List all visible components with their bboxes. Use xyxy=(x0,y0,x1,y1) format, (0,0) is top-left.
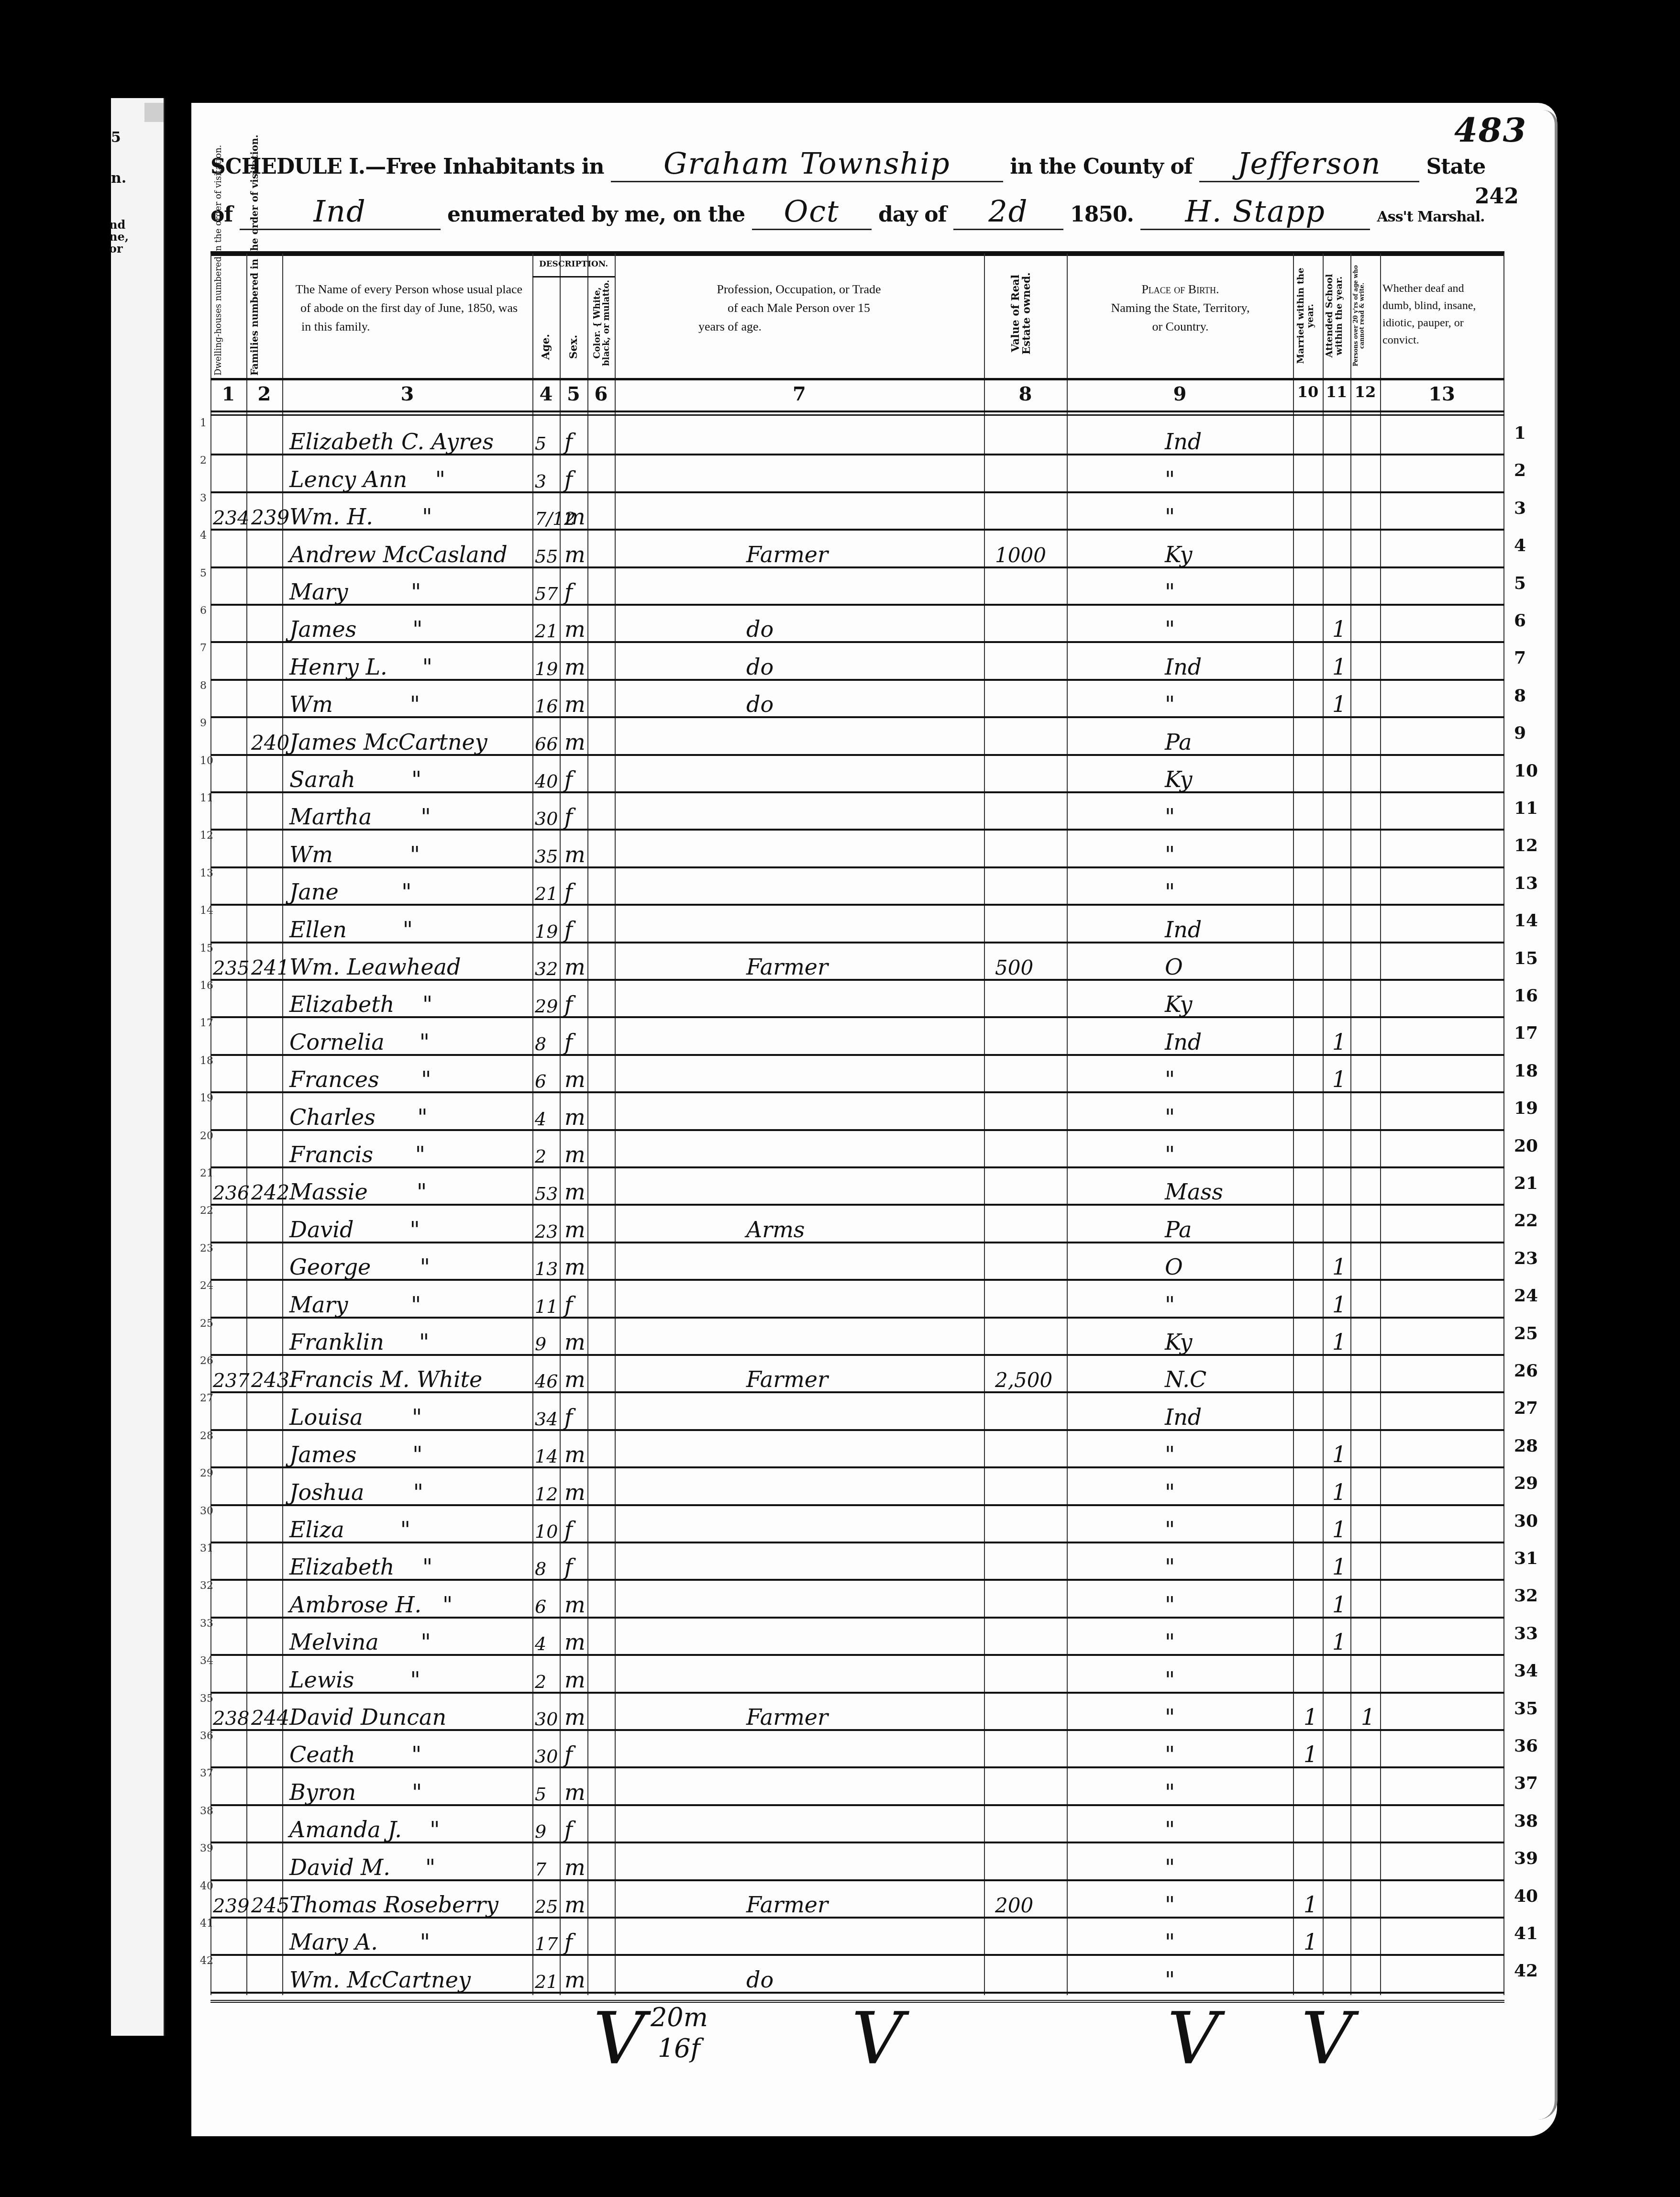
real-estate-value: 2,500 xyxy=(995,1370,1052,1390)
age: 9 xyxy=(535,1335,546,1353)
school-mark: 1 xyxy=(1332,1519,1346,1541)
family-number: 244 xyxy=(251,1708,289,1728)
line-number-left: 31 xyxy=(200,1542,213,1554)
dwelling-number: 238 xyxy=(213,1709,249,1728)
table-row: 4 Andrew McCasland 55 m Farmer 1000 Ky 4 xyxy=(0,530,1680,567)
table-row: 38 Amanda J. " 9 f " 38 xyxy=(0,1805,1680,1842)
table-row: 12 Wm " 35 m " 12 xyxy=(0,830,1680,867)
birthplace: " xyxy=(1165,1669,1175,1691)
age: 21 xyxy=(535,885,558,903)
birthplace: " xyxy=(1165,1781,1175,1803)
sex: f xyxy=(564,1931,573,1953)
age: 13 xyxy=(535,1260,558,1278)
age: 30 xyxy=(535,810,558,828)
line-number: 36 xyxy=(1514,1736,1538,1756)
line-number-left: 4 xyxy=(200,530,207,542)
table-row: 17 Cornelia " 8 f Ind 1 17 xyxy=(0,1017,1680,1054)
table-row: 42 Wm. McCartney 21 m do " 42 xyxy=(0,1955,1680,1992)
person-name: Cornelia " xyxy=(289,1031,430,1053)
person-name: Mary A. " xyxy=(289,1931,430,1953)
school-mark: 1 xyxy=(1332,656,1346,678)
line-number: 32 xyxy=(1514,1586,1538,1606)
person-name: Elizabeth " xyxy=(289,1556,432,1578)
age: 12 xyxy=(535,1485,558,1503)
table-row: 5 Mary " 57 f " 5 xyxy=(0,567,1680,605)
age: 35 xyxy=(535,847,558,865)
age: 10 xyxy=(535,1522,558,1541)
school-mark: 1 xyxy=(1332,693,1346,715)
line-number-left: 5 xyxy=(200,567,207,579)
age: 66 xyxy=(535,735,558,753)
sex: m xyxy=(564,1256,586,1278)
school-mark: 1 xyxy=(1332,1331,1346,1353)
line-number-left: 42 xyxy=(200,1955,213,1967)
sex: m xyxy=(564,1669,586,1691)
line-number-left: 35 xyxy=(200,1693,213,1705)
person-name: Andrew McCasland xyxy=(289,544,508,566)
line-number-left: 34 xyxy=(200,1655,213,1667)
table-row: 37 Byron " 5 m " 37 xyxy=(0,1767,1680,1805)
age: 2 xyxy=(535,1673,546,1691)
table-row: 25 Franklin " 9 m Ky 1 25 xyxy=(0,1318,1680,1355)
age: 23 xyxy=(535,1222,558,1241)
age: 53 xyxy=(535,1185,558,1203)
person-name: Massie " xyxy=(289,1181,427,1203)
married-mark: 1 xyxy=(1304,1706,1317,1728)
line-number-left: 37 xyxy=(200,1767,213,1779)
sex: m xyxy=(564,1894,586,1916)
person-name: Elizabeth " xyxy=(289,993,432,1015)
age: 21 xyxy=(535,622,558,640)
birthplace: " xyxy=(1165,1819,1175,1841)
line-number: 29 xyxy=(1514,1473,1538,1493)
birthplace: Pa xyxy=(1165,1219,1192,1241)
birthplace: " xyxy=(1165,693,1175,715)
family-number: 242 xyxy=(251,1183,289,1203)
sex: m xyxy=(564,843,586,865)
line-number: 34 xyxy=(1514,1661,1538,1681)
line-number-left: 9 xyxy=(200,717,207,729)
birthplace: " xyxy=(1165,843,1175,865)
dwelling-number: 237 xyxy=(213,1371,249,1390)
table-row: 35 238 244 David Duncan 30 m Farmer " 1 … xyxy=(0,1693,1680,1730)
table-row: 29 Joshua " 12 m " 1 29 xyxy=(0,1467,1680,1505)
age: 6 xyxy=(535,1072,546,1090)
married-mark: 1 xyxy=(1304,1931,1317,1953)
table-row: 9 240 James McCartney 66 m Pa 9 xyxy=(0,717,1680,755)
person-name: James McCartney xyxy=(289,731,487,753)
age: 9 xyxy=(535,1822,546,1841)
family-number: 240 xyxy=(251,733,289,753)
family-number: 241 xyxy=(251,958,289,978)
line-number-left: 21 xyxy=(200,1167,213,1179)
line-number: 18 xyxy=(1514,1061,1538,1081)
age: 32 xyxy=(535,960,558,978)
table-row: 16 Elizabeth " 29 f Ky 16 xyxy=(0,980,1680,1017)
birthplace: " xyxy=(1165,806,1175,828)
dwelling-number: 234 xyxy=(213,509,249,528)
line-number: 6 xyxy=(1514,610,1526,631)
sex: m xyxy=(564,618,586,640)
sex: m xyxy=(564,1068,586,1090)
birthplace: Ind xyxy=(1165,431,1202,453)
table-row: 36 Ceath " 30 f " 1 36 xyxy=(0,1730,1680,1767)
sex: m xyxy=(564,1706,586,1728)
birthplace: " xyxy=(1165,468,1175,490)
line-number: 11 xyxy=(1514,798,1538,818)
check-mark: V xyxy=(593,1997,645,2081)
person-name: Ellen " xyxy=(289,919,413,941)
birthplace: " xyxy=(1165,1143,1175,1165)
age: 14 xyxy=(535,1447,558,1465)
sex: m xyxy=(564,1481,586,1503)
occupation: Farmer xyxy=(746,956,828,978)
married-mark: 1 xyxy=(1304,1743,1317,1765)
occupation: Farmer xyxy=(746,1368,828,1390)
line-number: 13 xyxy=(1514,873,1538,893)
line-number-left: 6 xyxy=(200,605,207,617)
school-mark: 1 xyxy=(1332,1594,1346,1616)
line-number-left: 25 xyxy=(200,1318,213,1330)
line-number-left: 18 xyxy=(200,1055,213,1067)
line-number-left: 26 xyxy=(200,1355,213,1367)
line-number: 17 xyxy=(1514,1023,1538,1043)
birthplace: Ind xyxy=(1165,656,1202,678)
person-name: Byron " xyxy=(289,1781,422,1803)
table-row: 3 234 239 Wm. H. " 7/12 m " 3 xyxy=(0,492,1680,530)
birthplace: Ky xyxy=(1165,993,1192,1015)
sex: f xyxy=(564,1556,573,1578)
table-row: 6 James " 21 m do " 1 6 xyxy=(0,605,1680,642)
person-name: James " xyxy=(289,1443,422,1465)
sex: m xyxy=(564,693,586,715)
age: 4 xyxy=(535,1110,546,1128)
table-row: 7 Henry L. " 19 m do Ind 1 7 xyxy=(0,642,1680,679)
person-name: Amanda J. " xyxy=(289,1819,440,1841)
sex: m xyxy=(564,506,586,528)
tally-note-females: 16f xyxy=(658,2036,700,2062)
person-name: Francis M. White xyxy=(289,1368,482,1390)
line-number: 2 xyxy=(1514,460,1526,480)
line-number: 26 xyxy=(1514,1361,1538,1381)
line-number: 16 xyxy=(1514,986,1538,1006)
person-name: Ceath " xyxy=(289,1743,421,1765)
table-row: 41 Mary A. " 17 f " 1 41 xyxy=(0,1918,1680,1955)
age: 34 xyxy=(535,1410,558,1428)
sex: m xyxy=(564,1594,586,1616)
birthplace: " xyxy=(1165,1969,1175,1991)
dwelling-number: 239 xyxy=(213,1897,249,1916)
line-number-left: 1 xyxy=(200,417,207,429)
line-number: 20 xyxy=(1514,1136,1538,1156)
married-mark: 1 xyxy=(1304,1894,1317,1916)
sex: f xyxy=(564,1031,573,1053)
sex: m xyxy=(564,656,586,678)
real-estate-value: 1000 xyxy=(995,545,1046,566)
age: 8 xyxy=(535,1560,546,1578)
age: 3 xyxy=(535,472,546,490)
age: 2 xyxy=(535,1147,546,1165)
occupation: Farmer xyxy=(746,544,828,566)
occupation: do xyxy=(746,618,774,640)
line-number-left: 41 xyxy=(200,1918,213,1930)
person-name: Sarah " xyxy=(289,768,421,790)
line-number: 35 xyxy=(1514,1698,1538,1719)
age: 21 xyxy=(535,1973,558,1991)
sex: m xyxy=(564,1106,586,1128)
birthplace: " xyxy=(1165,1631,1175,1653)
person-name: James " xyxy=(289,618,422,640)
table-row: 20 Francis " 2 m " 20 xyxy=(0,1130,1680,1167)
tally-note-males: 20m xyxy=(651,2005,708,2031)
family-number: 243 xyxy=(251,1370,289,1390)
school-mark: 1 xyxy=(1332,1256,1346,1278)
line-number: 8 xyxy=(1514,686,1526,706)
line-number: 4 xyxy=(1514,535,1526,555)
person-name: Frances " xyxy=(289,1068,431,1090)
age: 16 xyxy=(535,697,558,715)
age: 40 xyxy=(535,772,558,790)
person-name: Charles " xyxy=(289,1106,428,1128)
table-row: 30 Eliza " 10 f " 1 30 xyxy=(0,1505,1680,1542)
age: 5 xyxy=(535,434,546,453)
line-number: 7 xyxy=(1514,648,1526,668)
birthplace: " xyxy=(1165,1706,1175,1728)
sex: m xyxy=(564,956,586,978)
line-number-left: 17 xyxy=(200,1017,213,1029)
dwelling-number: 235 xyxy=(213,959,249,978)
school-mark: 1 xyxy=(1332,1631,1346,1653)
line-number: 19 xyxy=(1514,1098,1538,1118)
table-row: 18 Frances " 6 m " 1 18 xyxy=(0,1055,1680,1092)
table-row: 14 Ellen " 19 f Ind 14 xyxy=(0,905,1680,942)
table-row: 32 Ambrose H. " 6 m " 1 32 xyxy=(0,1580,1680,1617)
sex: m xyxy=(564,1331,586,1353)
sex: f xyxy=(564,1819,573,1841)
sex: f xyxy=(564,881,573,903)
line-number: 12 xyxy=(1514,835,1538,855)
line-number-left: 8 xyxy=(200,680,207,692)
birthplace: Ky xyxy=(1165,1331,1192,1353)
person-name: Martha " xyxy=(289,806,431,828)
table-row: 8 Wm " 16 m do " 1 8 xyxy=(0,680,1680,717)
birthplace: " xyxy=(1165,881,1175,903)
line-number: 30 xyxy=(1514,1511,1538,1531)
line-number-left: 14 xyxy=(200,905,213,917)
person-name: Wm " xyxy=(289,693,420,715)
dwelling-number: 236 xyxy=(213,1184,249,1203)
table-row: 2 Lency Ann " 3 f " 2 xyxy=(0,455,1680,492)
age: 57 xyxy=(535,585,558,603)
age: 29 xyxy=(535,997,558,1015)
line-number: 9 xyxy=(1514,723,1526,743)
line-number-left: 27 xyxy=(200,1392,213,1404)
age: 25 xyxy=(535,1897,558,1916)
birthplace: Ind xyxy=(1165,1031,1202,1053)
line-number-left: 7 xyxy=(200,642,207,654)
line-number: 40 xyxy=(1514,1886,1538,1906)
real-estate-value: 500 xyxy=(995,958,1033,978)
person-name: Eliza " xyxy=(289,1519,410,1541)
line-number-left: 39 xyxy=(200,1842,213,1854)
age: 5 xyxy=(535,1785,546,1803)
person-name: Louisa " xyxy=(289,1406,422,1428)
birthplace: " xyxy=(1165,1931,1175,1953)
person-name: Wm " xyxy=(289,843,420,865)
line-number-left: 16 xyxy=(200,980,213,992)
table-row: 27 Louisa " 34 f Ind 27 xyxy=(0,1392,1680,1430)
sex: m xyxy=(564,1368,586,1390)
sex: f xyxy=(564,431,573,453)
line-number-left: 36 xyxy=(200,1730,213,1742)
illiterate-mark: 1 xyxy=(1361,1706,1375,1728)
line-number-left: 22 xyxy=(200,1205,213,1217)
age: 46 xyxy=(535,1372,558,1390)
table-row: 39 David M. " 7 m " 39 xyxy=(0,1842,1680,1880)
person-name: Franklin " xyxy=(289,1331,429,1353)
occupation: Arms xyxy=(746,1219,805,1241)
person-name: Joshua " xyxy=(289,1481,423,1503)
line-number-left: 13 xyxy=(200,867,213,879)
line-number: 21 xyxy=(1514,1173,1538,1193)
table-row: 22 David " 23 m Arms Pa 22 xyxy=(0,1205,1680,1242)
table-row: 33 Melvina " 4 m " 1 33 xyxy=(0,1618,1680,1655)
sex: f xyxy=(564,1294,573,1316)
table-row: 19 Charles " 4 m " 19 xyxy=(0,1092,1680,1130)
person-name: Wm. H. " xyxy=(289,506,432,528)
table-row: 10 Sarah " 40 f Ky 10 xyxy=(0,755,1680,792)
birthplace: Pa xyxy=(1165,731,1192,753)
table-row: 24 Mary " 11 f " 1 24 xyxy=(0,1280,1680,1317)
line-number: 27 xyxy=(1514,1398,1538,1418)
line-number-left: 24 xyxy=(200,1280,213,1292)
sex: f xyxy=(564,1406,573,1428)
line-number-left: 19 xyxy=(200,1092,213,1104)
person-name: Melvina " xyxy=(289,1631,431,1653)
sex: m xyxy=(564,1856,586,1878)
birthplace: " xyxy=(1165,1106,1175,1128)
person-name: Thomas Roseberry xyxy=(289,1894,498,1916)
birthplace: " xyxy=(1165,1556,1175,1578)
school-mark: 1 xyxy=(1332,1481,1346,1503)
line-number-left: 12 xyxy=(200,830,213,842)
sex: f xyxy=(564,806,573,828)
real-estate-value: 200 xyxy=(995,1896,1033,1916)
line-number-left: 3 xyxy=(200,492,207,504)
line-number: 37 xyxy=(1514,1773,1538,1793)
table-row: 11 Martha " 30 f " 11 xyxy=(0,792,1680,830)
person-name: Lewis " xyxy=(289,1669,420,1691)
birthplace: " xyxy=(1165,1856,1175,1878)
sex: f xyxy=(564,468,573,490)
sex: m xyxy=(564,1181,586,1203)
birthplace: " xyxy=(1165,1443,1175,1465)
birthplace: " xyxy=(1165,1894,1175,1916)
table-row: 28 James " 14 m " 1 28 xyxy=(0,1430,1680,1467)
census-rows: 1 Elizabeth C. Ayres 5 f Ind 1 2 Lency A… xyxy=(0,0,1680,2197)
line-number: 10 xyxy=(1514,761,1538,781)
sex: m xyxy=(564,1631,586,1653)
sex: m xyxy=(564,1969,586,1991)
family-number: 239 xyxy=(251,508,289,528)
table-row: 31 Elizabeth " 8 f " 1 31 xyxy=(0,1542,1680,1580)
line-number-left: 38 xyxy=(200,1805,213,1817)
table-row: 34 Lewis " 2 m " 34 xyxy=(0,1655,1680,1692)
check-mark: V xyxy=(1167,1997,1219,2081)
birthplace: " xyxy=(1165,1743,1175,1765)
table-row: 13 Jane " 21 f " 13 xyxy=(0,867,1680,905)
table-row: 23 George " 13 m O 1 23 xyxy=(0,1243,1680,1280)
line-number: 38 xyxy=(1514,1811,1538,1831)
line-number: 23 xyxy=(1514,1248,1538,1268)
birthplace: Ky xyxy=(1165,768,1192,790)
birthplace: O xyxy=(1165,956,1183,978)
birthplace: " xyxy=(1165,1294,1175,1316)
person-name: Elizabeth C. Ayres xyxy=(289,431,494,453)
family-number: 245 xyxy=(251,1896,289,1916)
occupation: do xyxy=(746,693,774,715)
line-number-left: 2 xyxy=(200,455,207,466)
sex: f xyxy=(564,581,573,603)
person-name: Henry L. " xyxy=(289,656,432,678)
table-row: 15 235 241 Wm. Leawhead 32 m Farmer 500 … xyxy=(0,943,1680,980)
person-name: Lency Ann " xyxy=(289,468,445,490)
person-name: Mary " xyxy=(289,581,421,603)
occupation: do xyxy=(746,656,774,678)
line-number-left: 33 xyxy=(200,1618,213,1630)
sex: m xyxy=(564,1143,586,1165)
age: 4 xyxy=(535,1635,546,1653)
line-number-left: 29 xyxy=(200,1467,213,1479)
school-mark: 1 xyxy=(1332,1443,1346,1465)
person-name: Francis " xyxy=(289,1143,425,1165)
age: 7 xyxy=(535,1860,546,1878)
birthplace: " xyxy=(1165,1519,1175,1541)
person-name: David Duncan xyxy=(289,1706,446,1728)
line-number-left: 11 xyxy=(200,792,213,804)
birthplace: O xyxy=(1165,1256,1183,1278)
school-mark: 1 xyxy=(1332,618,1346,640)
line-number: 42 xyxy=(1514,1961,1538,1981)
sex: f xyxy=(564,1519,573,1541)
check-mark: V xyxy=(851,1997,903,2081)
table-row: 40 239 245 Thomas Roseberry 25 m Farmer … xyxy=(0,1880,1680,1918)
line-number: 5 xyxy=(1514,573,1526,593)
birthplace: " xyxy=(1165,1594,1175,1616)
birthplace: Ky xyxy=(1165,544,1192,566)
line-number: 28 xyxy=(1514,1436,1538,1456)
table-row: 1 Elizabeth C. Ayres 5 f Ind 1 xyxy=(0,417,1680,455)
line-number: 3 xyxy=(1514,498,1526,518)
school-mark: 1 xyxy=(1332,1556,1346,1578)
sex: m xyxy=(564,1781,586,1803)
age: 19 xyxy=(535,660,558,678)
school-mark: 1 xyxy=(1332,1031,1346,1053)
line-number-left: 40 xyxy=(200,1880,213,1892)
school-mark: 1 xyxy=(1332,1294,1346,1316)
line-number: 39 xyxy=(1514,1848,1538,1868)
line-number: 1 xyxy=(1514,423,1526,443)
line-number: 33 xyxy=(1514,1623,1538,1643)
line-number-left: 32 xyxy=(200,1580,213,1592)
age: 30 xyxy=(535,1747,558,1765)
occupation: Farmer xyxy=(746,1706,828,1728)
birthplace: " xyxy=(1165,581,1175,603)
person-name: George " xyxy=(289,1256,430,1278)
age: 55 xyxy=(535,547,558,566)
age: 6 xyxy=(535,1598,546,1616)
line-number: 14 xyxy=(1514,910,1538,931)
